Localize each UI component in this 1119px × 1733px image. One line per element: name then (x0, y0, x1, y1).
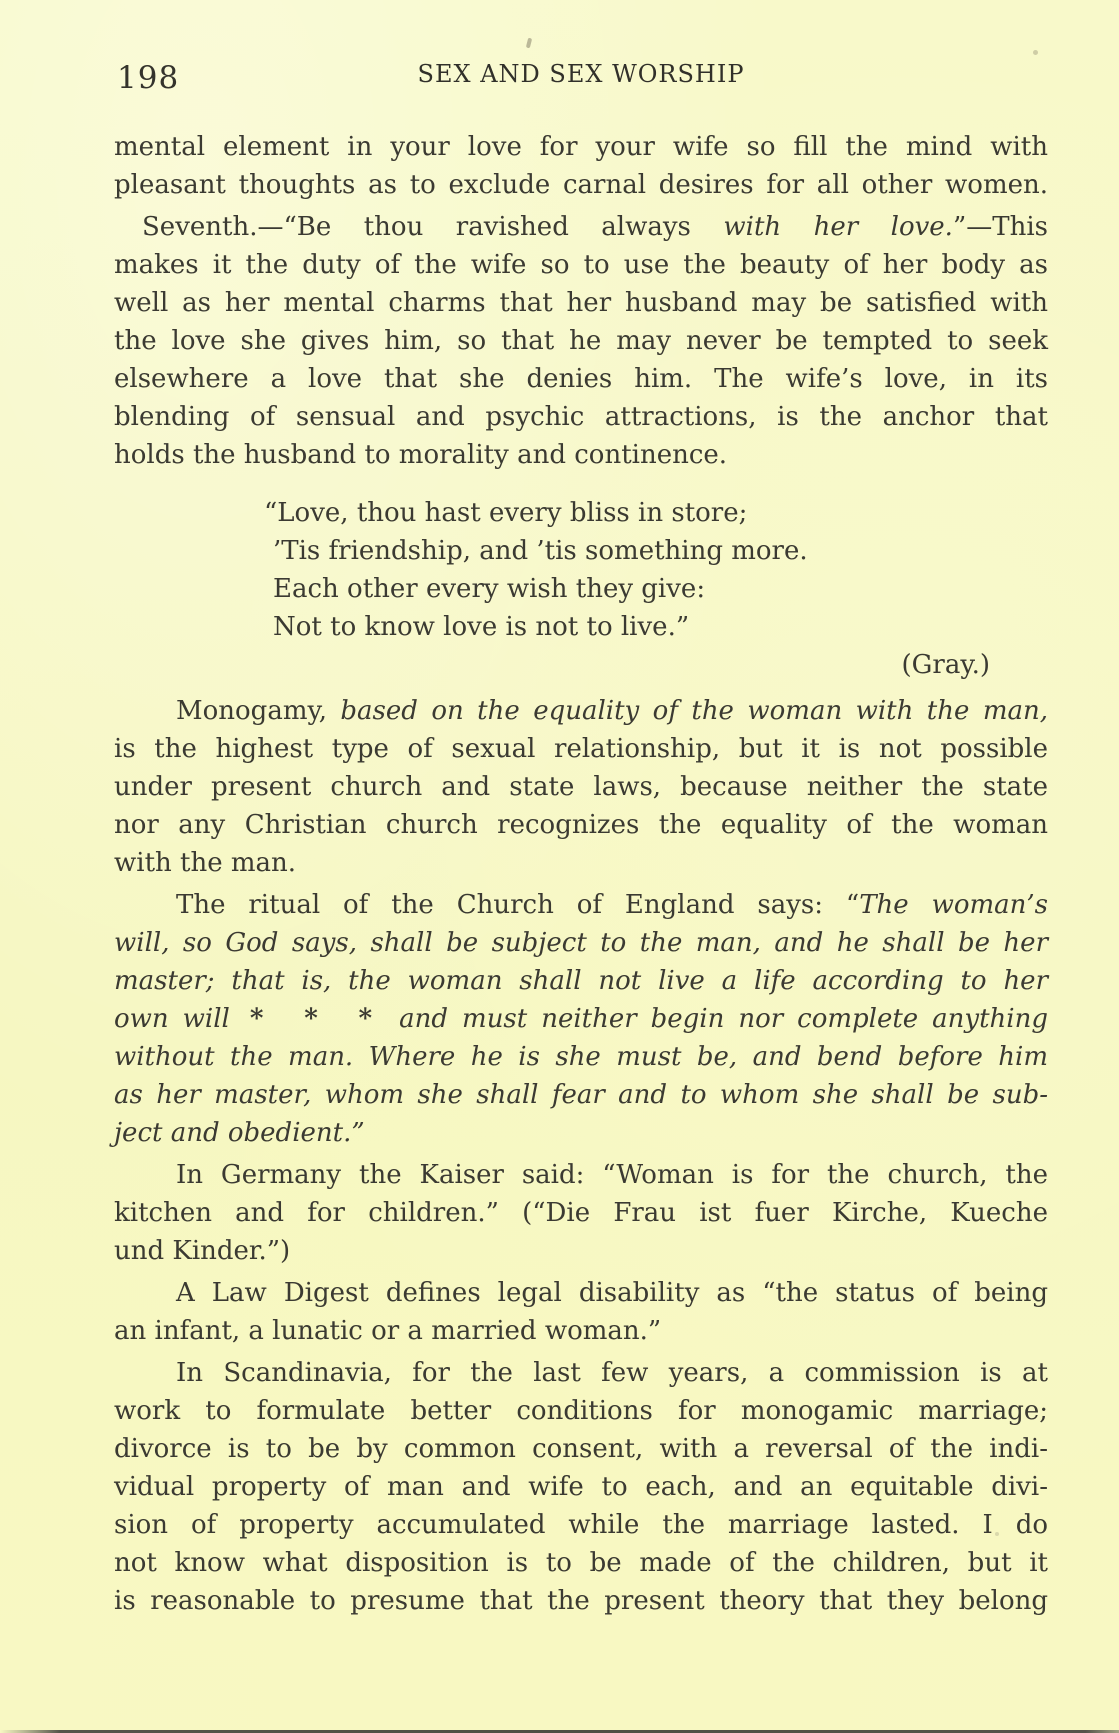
paragraph: mental element in your love for your wif… (114, 128, 1048, 204)
text-line: nor any Christian church recognizes the … (114, 806, 1048, 844)
text-line: und Kinder.”) (114, 1232, 1048, 1270)
text-line: Not to know love is not to live.” (264, 608, 1048, 646)
text-line: ject and obedient.” (114, 1114, 1048, 1152)
text-line: master; that is, the woman shall not liv… (114, 962, 1048, 1000)
text-line: is reasonable to presume that the presen… (114, 1582, 1048, 1620)
text-line: makes it the duty of the wife so to use … (114, 246, 1048, 284)
text-line: not know what disposition is to be made … (114, 1544, 1048, 1582)
text-line: A Law Digest defines legal disability as… (114, 1274, 1048, 1312)
running-title: SEX AND SEX WORSHIP (418, 60, 745, 89)
text-line: will, so God says, shall be subject to t… (114, 924, 1048, 962)
text-line: blending of sensual and psychic attracti… (114, 398, 1048, 436)
paragraph: In Scandinavia, for the last few years, … (114, 1354, 1048, 1620)
text-line: In Scandinavia, for the last few years, … (114, 1354, 1048, 1392)
paragraph: Monogamy, based on the equality of the w… (114, 692, 1048, 882)
text-line: kitchen and for children.” (“Die Frau is… (114, 1194, 1048, 1232)
text-line: “Love, thou hast every bliss in store; (264, 494, 1048, 532)
verse-attribution: (Gray.) (114, 646, 1048, 684)
text-line: ’Tis friendship, and ’tis something more… (264, 532, 1048, 570)
paragraph: Seventh.—“Be thou ravished always with h… (114, 208, 1048, 474)
text-line: Seventh.—“Be thou ravished always with h… (114, 208, 1048, 246)
text-line: Each other every wish they give: (264, 570, 1048, 608)
text-line: the love she gives him, so that he may n… (114, 322, 1048, 360)
paragraph: In Germany the Kaiser said: “Woman is fo… (114, 1156, 1048, 1270)
page-body: mental element in your love for your wif… (114, 128, 1048, 1620)
text-line: own will* * *and must neither begin nor … (114, 1000, 1048, 1038)
verse-quote: “Love, thou hast every bliss in store;’T… (264, 494, 1048, 646)
text-line: an infant, a lunatic or a married woman.… (114, 1312, 1048, 1350)
text-line: elsewhere a love that she denies him. Th… (114, 360, 1048, 398)
paragraph: A Law Digest defines legal disability as… (114, 1274, 1048, 1350)
book-page: 198 SEX AND SEX WORSHIP mental element i… (0, 0, 1119, 1733)
text-line: sion of property accumulated while the m… (114, 1506, 1048, 1544)
text-line: In Germany the Kaiser said: “Woman is fo… (114, 1156, 1048, 1194)
text-line: as her master, whom she shall fear and t… (114, 1076, 1048, 1114)
text-line: divorce is to be by common consent, with… (114, 1430, 1048, 1468)
text-line: is the highest type of sexual relationsh… (114, 730, 1048, 768)
text-line: The ritual of the Church of England says… (114, 886, 1048, 924)
text-line: well as her mental charms that her husba… (114, 284, 1048, 322)
text-line: holds the husband to morality and contin… (114, 436, 1048, 474)
text-line: with the man. (114, 844, 1048, 882)
text-line: without the man. Where he is she must be… (114, 1038, 1048, 1076)
text-line: Monogamy, based on the equality of the w… (114, 692, 1048, 730)
page-header: 198 SEX AND SEX WORSHIP (0, 0, 1119, 88)
text-line: under present church and state laws, bec… (114, 768, 1048, 806)
page-number: 198 (117, 60, 179, 96)
text-line: pleasant thoughts as to exclude carnal d… (114, 166, 1048, 204)
text-line: vidual property of man and wife to each,… (114, 1468, 1048, 1506)
text-line: work to formulate better conditions for … (114, 1392, 1048, 1430)
text-line: mental element in your love for your wif… (114, 128, 1048, 166)
paragraph: The ritual of the Church of England says… (114, 886, 1048, 1152)
